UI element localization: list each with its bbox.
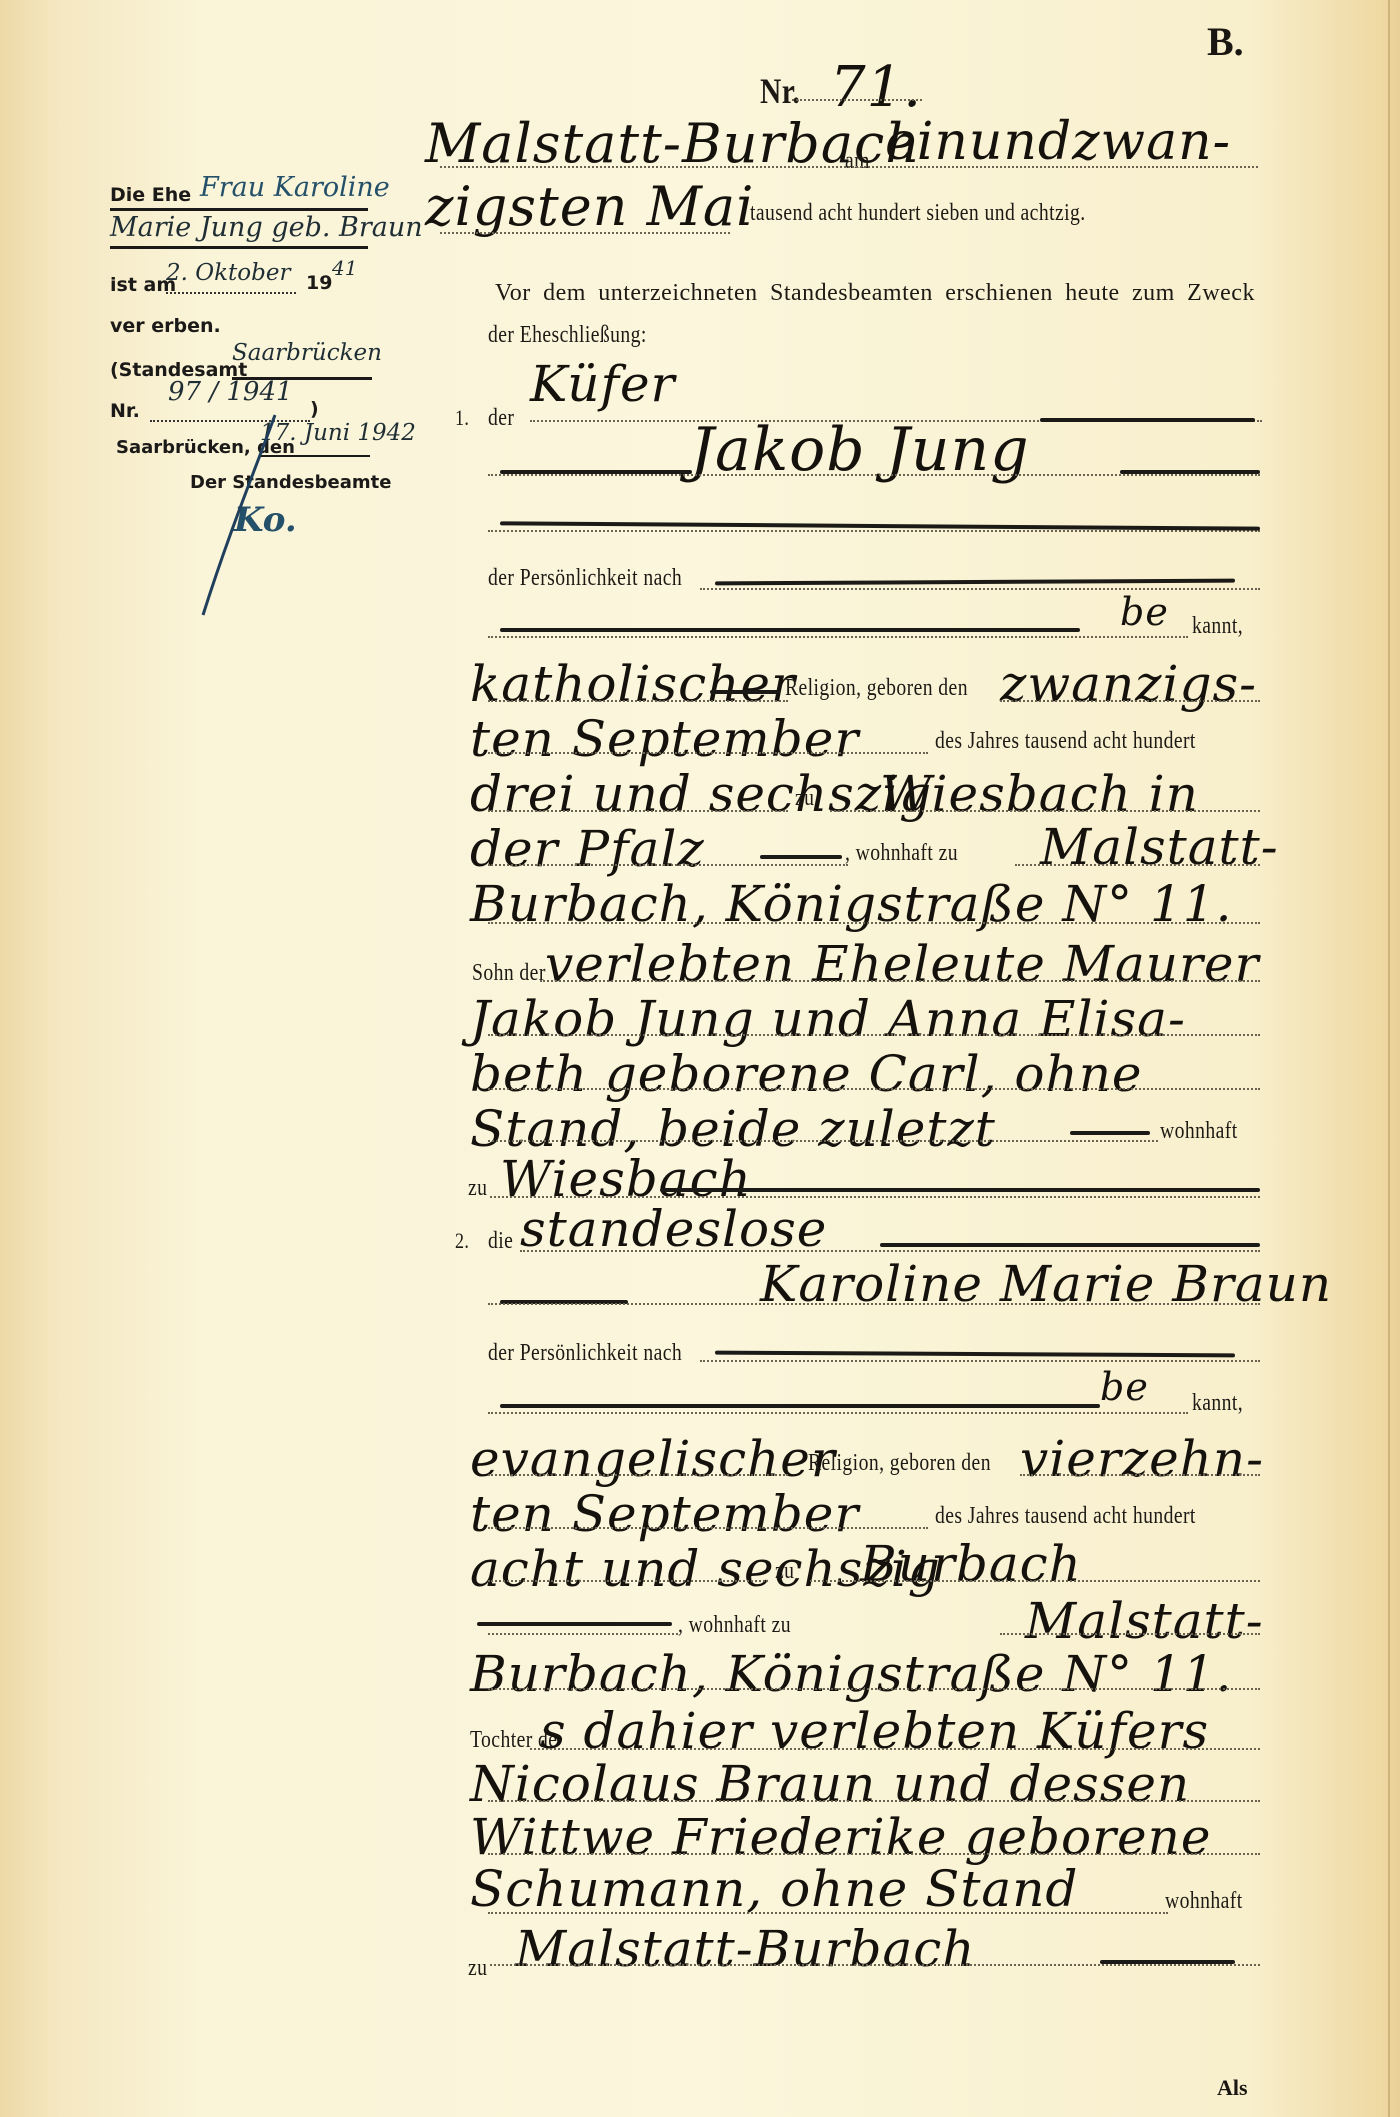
party2-article: die: [488, 1228, 513, 1255]
signature-stroke-icon: [195, 410, 285, 620]
party1-residence-2: Burbach, Königstraße N° 11.: [470, 875, 1232, 933]
party1-parents-residence-label: wohnhaft: [1160, 1118, 1238, 1145]
party1-known-hand: be: [1120, 590, 1169, 634]
margin-line2-hand: Marie Jung geb. Braun: [110, 212, 423, 243]
header-am-label: am: [845, 148, 870, 175]
party1-parents-residence-prefix: zu: [468, 1175, 487, 1202]
intro-word: unterzeichneten: [598, 280, 757, 307]
party2-known-printed: kannt,: [1192, 1390, 1243, 1417]
party1-parents-2: Jakob Jung und Anna Elisa-: [470, 990, 1186, 1048]
party2-residence-1: Malstatt-: [1025, 1592, 1264, 1650]
header-year-printed: tausend acht hundert sieben und achtzig.: [750, 200, 1086, 227]
party1-birth-day-2: ten September: [470, 710, 859, 768]
party1-parents-3: beth geborene Carl, ohne: [470, 1045, 1143, 1103]
party2-birth-day-1: vierzehn-: [1020, 1430, 1264, 1488]
party2-number: 2.: [455, 1228, 469, 1254]
party1-birth-day-1: zwanzigs-: [1000, 655, 1257, 713]
party1-number: 1.: [455, 405, 469, 431]
margin-line1-printed: Die Ehe: [110, 184, 191, 206]
intro-word: Zweck: [1187, 280, 1255, 307]
party2-parents-residence: Malstatt-Burbach: [515, 1920, 976, 1978]
margin-line3-year-hand: 41: [332, 256, 357, 280]
party1-identity-label: der Persönlichkeit nach: [488, 565, 682, 592]
party2-parents-3: Wittwe Friederike geborene: [470, 1808, 1211, 1866]
party2-identity-label: der Persönlichkeit nach: [488, 1340, 682, 1367]
intro-word: dem: [543, 280, 586, 307]
party2-parents-residence-label: wohnhaft: [1165, 1888, 1243, 1915]
party1-residence-1: Malstatt-: [1040, 818, 1279, 876]
page-edge: [1388, 0, 1390, 2117]
intro-word: Vor: [495, 280, 531, 307]
margin-line5-hand: Saarbrücken: [232, 340, 382, 366]
party1-at-label: zu: [795, 785, 814, 812]
party2-parents-residence-prefix: zu: [468, 1955, 487, 1982]
intro-word: zum: [1132, 280, 1175, 307]
party2-birth-day-2: ten September: [470, 1485, 859, 1543]
party2-parents-1: s dahier verlebten Küfers: [540, 1702, 1209, 1760]
form-letter: B.: [1207, 18, 1244, 65]
party2-birthplace-1: Burbach: [860, 1535, 1082, 1593]
party1-article: der: [488, 405, 514, 432]
header-date-line1: einundzwan-: [885, 112, 1231, 172]
register-number-label: Nr.: [760, 70, 800, 112]
party2-residence-label: , wohnhaft zu: [678, 1612, 791, 1639]
party2-residence-2: Burbach, Königstraße N° 11.: [470, 1645, 1232, 1703]
party2-parents-4: Schumann, ohne Stand: [470, 1860, 1078, 1918]
party1-parent-label: Sohn der: [472, 960, 546, 987]
page-footer-catchword: Als: [1217, 2075, 1248, 2101]
header-date-line2: zigsten Mai: [425, 175, 754, 238]
intro-word: heute: [1065, 280, 1119, 307]
margin-line6-hand: 97 / 1941: [168, 377, 293, 407]
intro-line1: Vor dem unterzeichneten Standesbeamten e…: [495, 280, 1255, 307]
margin-line6-close: ): [310, 398, 319, 420]
party2-religion: evangelischer: [470, 1430, 836, 1488]
party1-occupation: Küfer: [530, 355, 675, 413]
margin-line4-printed: ver erben.: [110, 315, 221, 337]
register-number: 71.: [830, 55, 922, 120]
party1-known-printed: kannt,: [1192, 613, 1243, 640]
intro-word: erschienen: [945, 280, 1053, 307]
party1-birthplace-2: der Pfalz: [470, 820, 705, 878]
party2-religion-label: Religion, geboren den: [808, 1450, 991, 1477]
party1-birth-year: drei und sechszig: [470, 765, 932, 823]
party1-religion: katholischer: [470, 655, 796, 713]
party1-residence-label: , wohnhaft zu: [845, 840, 958, 867]
party2-known-hand: be: [1100, 1365, 1149, 1409]
party1-parents-1: verlebten Eheleute Maurer: [545, 935, 1259, 993]
margin-line1-hand: Frau Karoline: [200, 172, 390, 203]
party2-parents-2: Nicolaus Braun und dessen: [470, 1755, 1190, 1813]
party1-year-label: des Jahres tausend acht hundert: [935, 728, 1196, 755]
margin-line3-hand: 2. Oktober: [166, 260, 290, 286]
party2-at-label: zu: [775, 1558, 794, 1585]
party1-birthplace-1: Wiesbach in: [880, 765, 1199, 823]
margin-line3-year-printed: 19: [306, 272, 332, 294]
intro-word: Standesbeamten: [770, 280, 933, 307]
party2-year-label: des Jahres tausend acht hundert: [935, 1503, 1196, 1530]
margin-line6-printed: Nr.: [110, 400, 140, 422]
party1-religion-label: Religion, geboren den: [785, 675, 968, 702]
intro-line2: der Eheschließung:: [488, 322, 647, 349]
